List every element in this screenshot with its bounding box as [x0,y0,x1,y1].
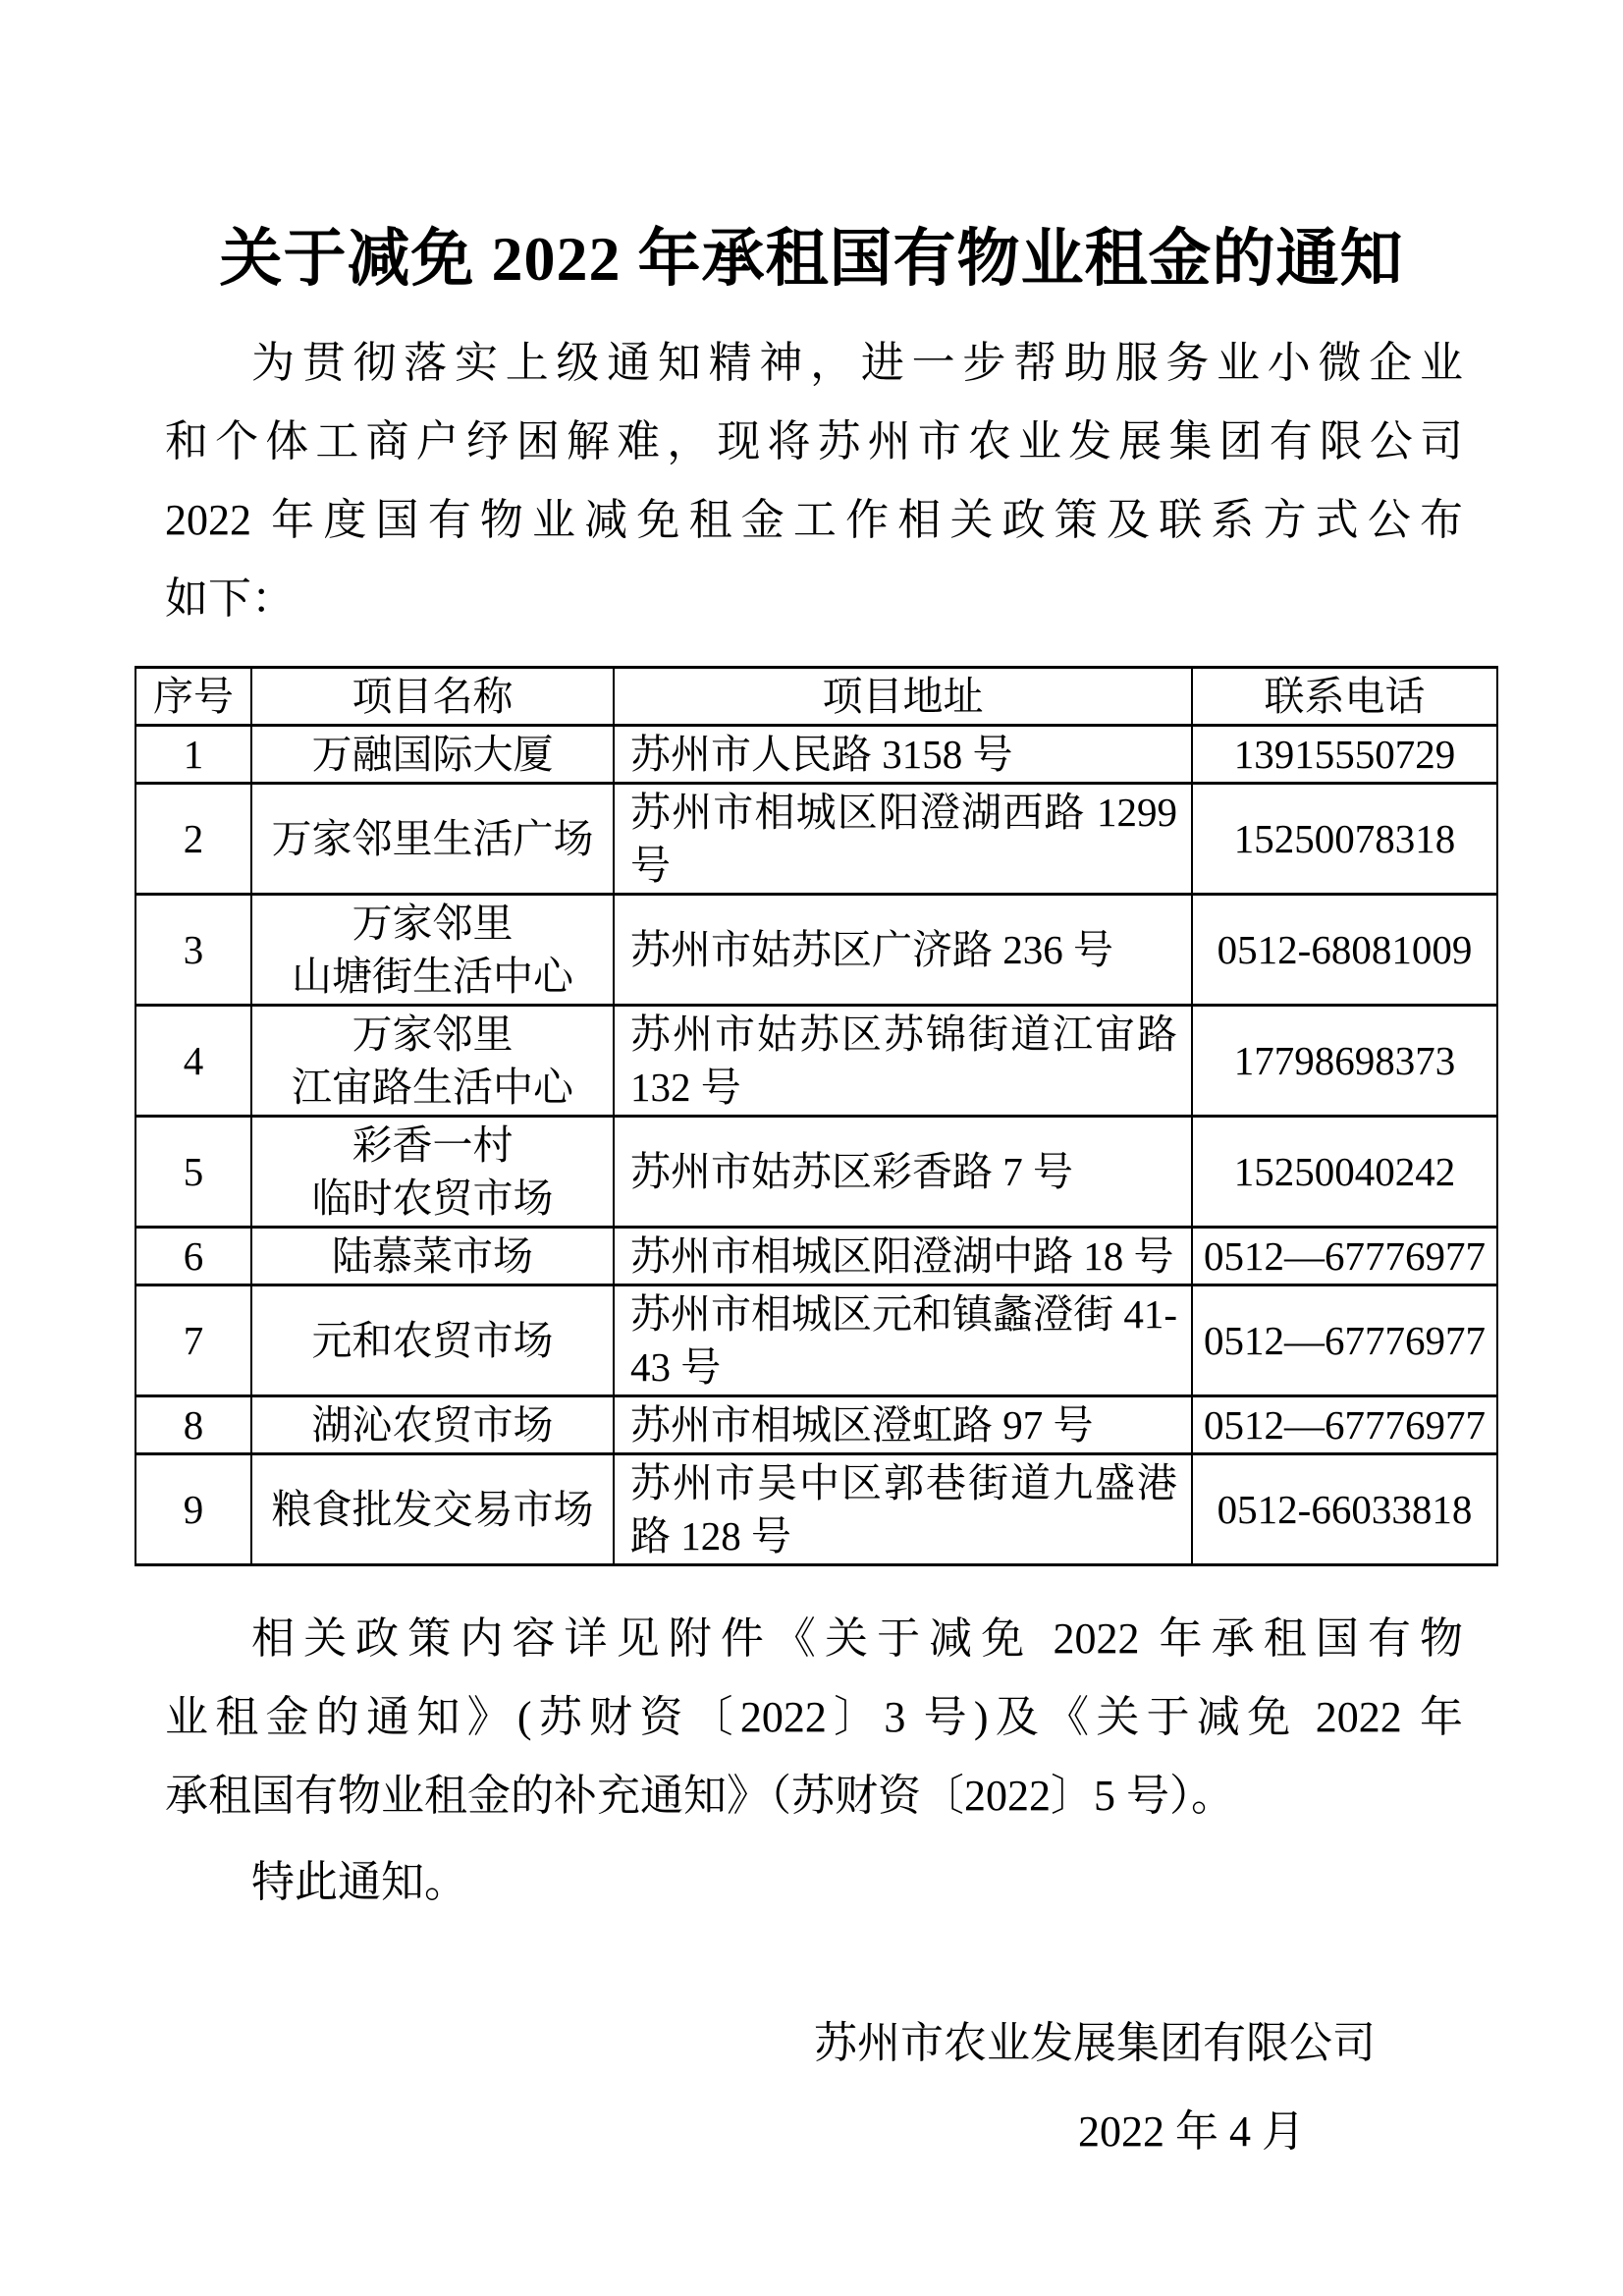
closing-line: 业租金的通知》(苏财资〔2022〕3 号)及《关于减免 2022 年 [165,1678,1463,1757]
header-name: 项目名称 [251,668,614,726]
closing-paragraph: 相关政策内容详见附件《关于减免 2022 年承租国有物 业租金的通知》(苏财资〔… [165,1600,1463,1835]
cell-name: 万融国际大厦 [251,726,614,784]
cell-address: 苏州市相城区阳澄湖中路 18 号 [614,1228,1192,1285]
cell-phone: 15250078318 [1192,784,1497,895]
table-row: 1 万融国际大厦 苏州市人民路 3158 号 13915550729 [135,726,1497,784]
table-row: 8 湖沁农贸市场 苏州市相城区澄虹路 97 号 0512—67776977 [135,1396,1497,1454]
cell-address: 苏州市相城区阳澄湖西路 1299 号 [614,784,1192,895]
intro-line: 为贯彻落实上级通知精神，进一步帮助服务业小微企业 [165,324,1463,403]
table-row: 6 陆慕菜市场 苏州市相城区阳澄湖中路 18 号 0512—67776977 [135,1228,1497,1285]
table-header-row: 序号 项目名称 项目地址 联系电话 [135,668,1497,726]
closing-line: 相关政策内容详见附件《关于减免 2022 年承租国有物 [165,1600,1463,1678]
cell-no: 8 [135,1396,251,1454]
cell-name: 彩香一村 临时农贸市场 [251,1117,614,1228]
cell-phone: 0512—67776977 [1192,1396,1497,1454]
table-row: 2 万家邻里生活广场 苏州市相城区阳澄湖西路 1299 号 1525007831… [135,784,1497,895]
intro-line: 如下： [165,560,1463,638]
cell-name: 湖沁农贸市场 [251,1396,614,1454]
header-phone: 联系电话 [1192,668,1497,726]
cell-address: 苏州市人民路 3158 号 [614,726,1192,784]
signature-block: 苏州市农业发展集团有限公司 2022 年 4 月 [0,2004,1623,2171]
cell-phone: 13915550729 [1192,726,1497,784]
cell-no: 1 [135,726,251,784]
cell-address: 苏州市吴中区郭巷街道九盛港路 128 号 [614,1454,1192,1565]
cell-no: 5 [135,1117,251,1228]
table-row: 4 万家邻里 江宙路生活中心 苏州市姑苏区苏锦街道江宙路 132 号 17798… [135,1006,1497,1117]
closing-line: 承租国有物业租金的补充通知》（苏财资〔2022〕5 号）。 [165,1757,1463,1835]
intro-line: 和个体工商户纾困解难，现将苏州市农业发展集团有限公司 [165,403,1463,481]
cell-name: 粮食批发交易市场 [251,1454,614,1565]
intro-line: 2022 年度国有物业减免租金工作相关政策及联系方式公布 [165,481,1463,560]
cell-address: 苏州市相城区澄虹路 97 号 [614,1396,1192,1454]
cell-name: 万家邻里 江宙路生活中心 [251,1006,614,1117]
cell-address: 苏州市姑苏区广济路 236 号 [614,895,1192,1006]
header-address: 项目地址 [614,668,1192,726]
cell-phone: 15250040242 [1192,1117,1497,1228]
cell-no: 2 [135,784,251,895]
cell-no: 4 [135,1006,251,1117]
document-title: 关于减免 2022 年承租国有物业租金的通知 [0,208,1623,310]
signature-company: 苏州市农业发展集团有限公司 [0,2004,1623,2083]
cell-phone: 0512-66033818 [1192,1454,1497,1565]
cell-name: 万家邻里生活广场 [251,784,614,895]
intro-paragraph: 为贯彻落实上级通知精神，进一步帮助服务业小微企业 和个体工商户纾困解难，现将苏州… [165,324,1463,638]
cell-address: 苏州市姑苏区苏锦街道江宙路 132 号 [614,1006,1192,1117]
cell-no: 3 [135,895,251,1006]
cell-phone: 0512—67776977 [1192,1285,1497,1396]
table-row: 5 彩香一村 临时农贸市场 苏州市姑苏区彩香路 7 号 15250040242 [135,1117,1497,1228]
cell-address: 苏州市姑苏区彩香路 7 号 [614,1117,1192,1228]
notice-line-text: 特此通知。 [165,1843,1463,1922]
header-no: 序号 [135,668,251,726]
cell-no: 7 [135,1285,251,1396]
notice-line: 特此通知。 [165,1843,1463,1922]
projects-table: 序号 项目名称 项目地址 联系电话 1 万融国际大厦 苏州市人民路 3158 号… [135,666,1498,1566]
cell-name: 万家邻里 山塘街生活中心 [251,895,614,1006]
table-row: 3 万家邻里 山塘街生活中心 苏州市姑苏区广济路 236 号 0512-6808… [135,895,1497,1006]
cell-name: 元和农贸市场 [251,1285,614,1396]
cell-phone: 17798698373 [1192,1006,1497,1117]
cell-no: 6 [135,1228,251,1285]
cell-address: 苏州市相城区元和镇蠡澄街 41-43 号 [614,1285,1192,1396]
document-page: 关于减免 2022 年承租国有物业租金的通知 为贯彻落实上级通知精神，进一步帮助… [0,0,1623,2296]
cell-no: 9 [135,1454,251,1565]
table-row: 7 元和农贸市场 苏州市相城区元和镇蠡澄街 41-43 号 0512—67776… [135,1285,1497,1396]
cell-phone: 0512—67776977 [1192,1228,1497,1285]
cell-phone: 0512-68081009 [1192,895,1497,1006]
table-row: 9 粮食批发交易市场 苏州市吴中区郭巷街道九盛港路 128 号 0512-660… [135,1454,1497,1565]
cell-name: 陆慕菜市场 [251,1228,614,1285]
signature-date: 2022 年 4 月 [0,2093,1623,2171]
